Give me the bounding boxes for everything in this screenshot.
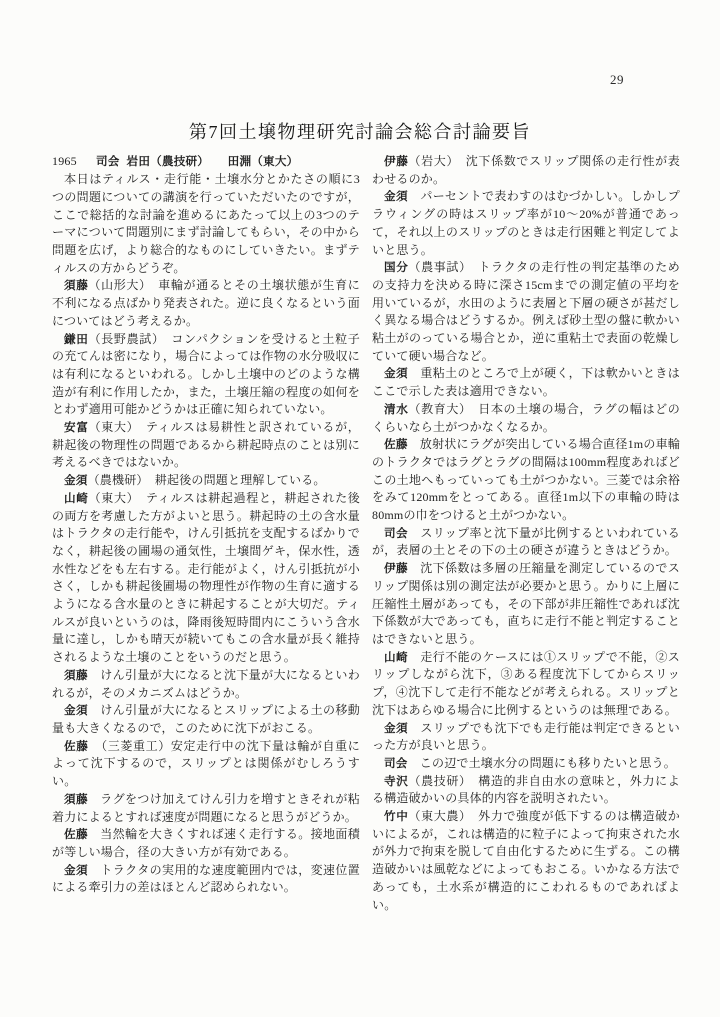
- dialogue-text: （農技研） 構造的非自由水の意味と，外力による構造破かいの具体的内容を説明された…: [372, 774, 680, 806]
- dialogue-text: （山形大） 車輪が通るとその土壌状態が生育に不利になる点ばかり発表された。逆に良…: [52, 278, 360, 327]
- session-year: 1965: [52, 154, 77, 168]
- speaker-name: 金須: [64, 864, 88, 877]
- dialogue-paragraph: 伊藤（岩大） 沈下係数でスリップ関係の走行性が表わせるのか。: [372, 153, 680, 188]
- dialogue-paragraph: 金須 パーセントで表わすのはむづかしい。しかしプラウィングの時はスリップ率が10…: [372, 188, 680, 259]
- session-header-line: 1965司会岩田（農技研）田淵（東大）: [52, 153, 360, 171]
- document-page: 29 第7回土壌物理研究討論会総合討論要旨 1965司会岩田（農技研）田淵（東大…: [0, 0, 720, 1017]
- dialogue-paragraph: 佐藤 （三菱重工）安定走行中の沈下量は輪が自重によって沈下するので，スリップとは…: [52, 738, 360, 791]
- speaker-name: 佐藤: [64, 740, 88, 753]
- speaker-name: 須藤: [64, 669, 88, 682]
- dialogue-paragraph: 金須 重粘土のところで上が硬く，下は軟かいときはここで示した表は適用できない。: [372, 365, 680, 400]
- dialogue-paragraph: 須藤（山形大） 車輪が通るとその土壌状態が生育に不利になる点ばかり発表された。逆…: [52, 277, 360, 330]
- speaker-name: 安富: [64, 421, 89, 434]
- dialogue-text: けん引量が大になるとスリップによる土の移動量も大きくなるので，このために沈下がお…: [52, 703, 360, 735]
- column-right: 伊藤（岩大） 沈下係数でスリップ関係の走行性が表わせるのか。金須 パーセントで表…: [372, 153, 680, 914]
- dialogue-text: パーセントで表わすのはむづかしい。しかしプラウィングの時はスリップ率が10～20…: [372, 189, 680, 256]
- chair-label: 司会: [96, 155, 120, 168]
- dialogue-text: ラグをつけ加えてけん引力を増すときそれが粘着力によるとすれば速度が問題になると思…: [52, 792, 360, 824]
- page-number: 29: [610, 72, 624, 88]
- speaker-name: 佐藤: [384, 438, 408, 451]
- dialogue-text: （東大） ティルスは耕起過程と，耕起された後の両方を考慮した方がよいと思う。耕起…: [52, 491, 360, 664]
- dialogue-text: （農機研） 耕起後の問題と理解している。: [88, 473, 326, 487]
- dialogue-text: 重粘土のところで上が硬く，下は軟かいときはここで示した表は適用できない。: [372, 366, 680, 398]
- dialogue-paragraph: 佐藤 当然輪を大きくすれば速く走行する。接地面積が等しい場合，径の大きい方が有効…: [52, 826, 360, 861]
- dialogue-text: （三菱重工）安定走行中の沈下量は輪が自重によって沈下するので，スリップとは関係が…: [52, 739, 360, 788]
- dialogue-text: 沈下係数は多層の圧縮量を測定しているのでスリップ関係は別の測定法が必要かと思う。…: [372, 561, 680, 646]
- dialogue-text: 放射状にラグが突出している場合直径1mの車輪のトラクタではラグとラグの間隔は10…: [372, 437, 680, 522]
- dialogue-text: （東大） ティルスは易耕性と訳されているが，耕起後の物理性の問題であるから耕起時…: [52, 420, 360, 469]
- dialogue-text: （農事試） トラクタの走行性の判定基準のための支持力を決める時に深さ15cmまで…: [372, 260, 680, 363]
- dialogue-text: 当然輪を大きくすれば速く走行する。接地面積が等しい場合，径の大きい方が有効である…: [52, 827, 360, 859]
- dialogue-text: けん引量が大になると沈下量が大になるといわれるが，そのメカニズムはどうか。: [52, 668, 360, 700]
- dialogue-text: （東大農） 外力で強度が低下するのは構造破かいによるが，これは構造的に粒子によっ…: [372, 809, 680, 912]
- dialogue-paragraph: 安富（東大） ティルスは易耕性と訳されているが，耕起後の物理性の問題であるから耕…: [52, 419, 360, 472]
- dialogue-text: （長野農試） コンパクションを受けると土粒子の充てんは密になり，場合によっては作…: [52, 332, 360, 417]
- dialogue-text: トラクタの実用的な速度範囲内では，変速位置による牽引力の差はほとんど認められない…: [52, 863, 360, 895]
- dialogue-text: スリップ率と沈下量が比例するといわれているが，表層の土とその下の土の硬さが違うと…: [372, 526, 680, 558]
- dialogue-paragraph: 清水（教育大） 日本の土壌の場合，ラグの幅はどのくらいなら土がつかなくなるか。: [372, 401, 680, 436]
- dialogue-paragraph: 須藤 ラグをつけ加えてけん引力を増すときそれが粘着力によるとすれば速度が問題にな…: [52, 791, 360, 826]
- dialogue-paragraph: 金須 けん引量が大になるとスリップによる土の移動量も大きくなるので，このために沈…: [52, 702, 360, 737]
- dialogue-text: スリップでも沈下でも走行能は判定できるといった方が良いと思う。: [372, 721, 680, 753]
- speaker-name: 竹中: [384, 810, 408, 823]
- dialogue-text: （教育大） 日本の土壌の場合，ラグの幅はどのくらいなら土がつかなくなるか。: [372, 402, 680, 434]
- dialogue-paragraph: 伊藤 沈下係数は多層の圧縮量を測定しているのでスリップ関係は別の測定法が必要かと…: [372, 560, 680, 649]
- speaker-name: 山崎: [64, 492, 89, 505]
- speaker-name: 金須: [384, 722, 408, 735]
- dialogue-text: （岩大） 沈下係数でスリップ関係の走行性が表わせるのか。: [372, 154, 680, 186]
- dialogue-text: 本日はティルス・走行能・土壌水分とかたさの順に3つの問題についての講演を行ってい…: [52, 172, 360, 275]
- page-title: 第7回土壌物理研究討論会総合討論要旨: [0, 118, 720, 144]
- dialogue-paragraph: 寺沢（農技研） 構造的非自由水の意味と，外力による構造破かいの具体的内容を説明さ…: [372, 773, 680, 808]
- dialogue-paragraph: 山崎（東大） ティルスは耕起過程と，耕起された後の両方を考慮した方がよいと思う。…: [52, 490, 360, 667]
- speaker-name: 金須: [384, 190, 408, 203]
- text-columns: 1965司会岩田（農技研）田淵（東大） 本日はティルス・走行能・土壌水分とかたさ…: [52, 153, 680, 914]
- speaker-name: 国分: [384, 261, 408, 274]
- speaker-name: 金須: [64, 474, 88, 487]
- dialogue-text: この辺で土壌水分の問題にも移りたいと思う。: [408, 756, 676, 770]
- speaker-name: 伊藤: [384, 155, 409, 168]
- chair-name-2: 田淵（東大）: [228, 155, 299, 168]
- speaker-name: 鎌田: [64, 333, 89, 346]
- speaker-name: 須藤: [64, 793, 88, 806]
- speaker-name: 佐藤: [64, 828, 88, 841]
- dialogue-paragraph: 金須 スリップでも沈下でも走行能は判定できるといった方が良いと思う。: [372, 720, 680, 755]
- column-left: 1965司会岩田（農技研）田淵（東大） 本日はティルス・走行能・土壌水分とかたさ…: [52, 153, 360, 914]
- speaker-name: 伊藤: [384, 562, 408, 575]
- dialogue-paragraph: 本日はティルス・走行能・土壌水分とかたさの順に3つの問題についての講演を行ってい…: [52, 171, 360, 277]
- dialogue-text: 走行不能のケースには①スリップで不能，②スリップしながら沈下，③ある程度沈下して…: [372, 650, 680, 717]
- dialogue-paragraph: 竹中（東大農） 外力で強度が低下するのは構造破かいによるが，これは構造的に粒子に…: [372, 808, 680, 914]
- dialogue-paragraph: 金須（農機研） 耕起後の問題と理解している。: [52, 472, 360, 490]
- dialogue-paragraph: 国分（農事試） トラクタの走行性の判定基準のための支持力を決める時に深さ15cm…: [372, 259, 680, 365]
- dialogue-paragraph: 金須 トラクタの実用的な速度範囲内では，変速位置による牽引力の差はほとんど認めら…: [52, 862, 360, 897]
- chair-name-1: 岩田（農技研）: [127, 155, 210, 168]
- speaker-name: 清水: [384, 403, 408, 416]
- speaker-name: 寺沢: [384, 775, 408, 788]
- speaker-name: 山崎: [384, 651, 408, 664]
- dialogue-paragraph: 佐藤 放射状にラグが突出している場合直径1mの車輪のトラクタではラグとラグの間隔…: [372, 436, 680, 525]
- speaker-name: 金須: [64, 704, 88, 717]
- dialogue-paragraph: 山崎 走行不能のケースには①スリップで不能，②スリップしながら沈下，③ある程度沈…: [372, 649, 680, 720]
- dialogue-paragraph: 鎌田（長野農試） コンパクションを受けると土粒子の充てんは密になり，場合によって…: [52, 331, 360, 420]
- speaker-name: 須藤: [64, 279, 88, 292]
- speaker-name: 司会: [384, 527, 408, 540]
- speaker-name: 司会: [384, 757, 408, 770]
- dialogue-paragraph: 須藤 けん引量が大になると沈下量が大になるといわれるが，そのメカニズムはどうか。: [52, 667, 360, 702]
- speaker-name: 金須: [384, 367, 408, 380]
- dialogue-paragraph: 司会 スリップ率と沈下量が比例するといわれているが，表層の土とその下の土の硬さが…: [372, 525, 680, 560]
- dialogue-paragraph: 司会 この辺で土壌水分の問題にも移りたいと思う。: [372, 755, 680, 773]
